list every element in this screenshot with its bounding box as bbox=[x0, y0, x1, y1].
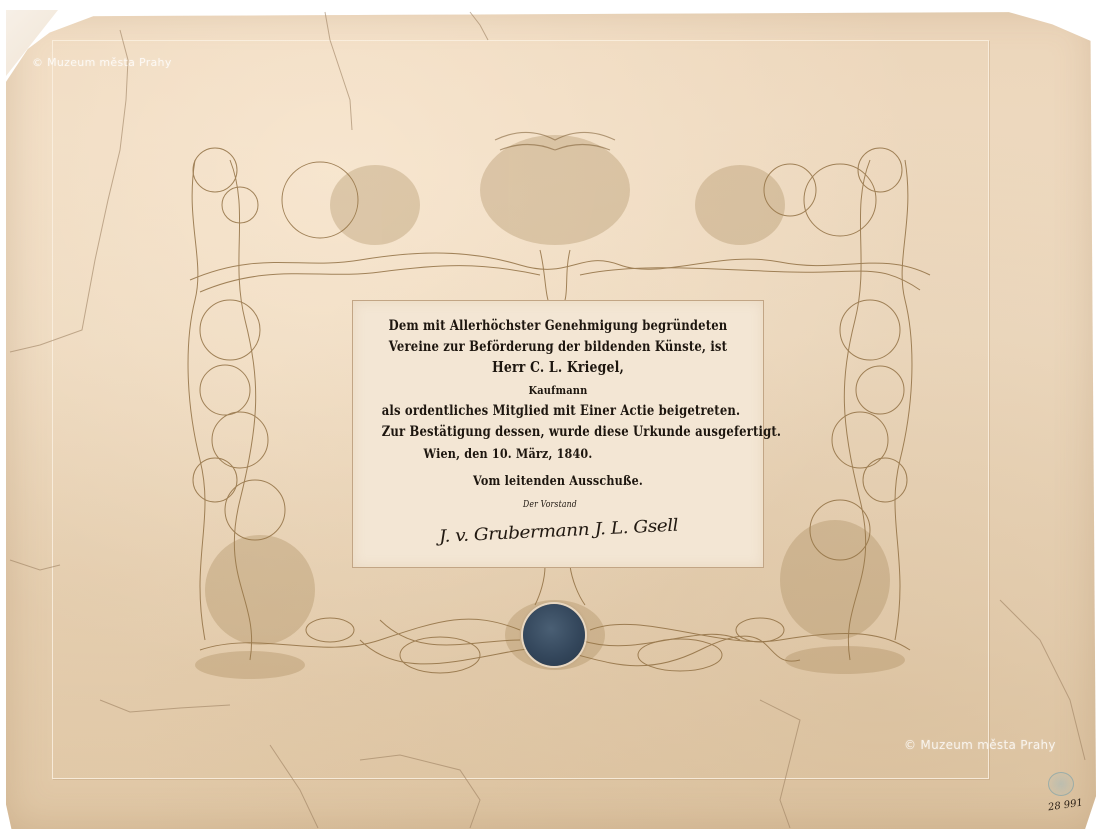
member-occupation: Kaufmann bbox=[382, 383, 735, 397]
member-name: Herr C. L. Kriegel, bbox=[382, 359, 735, 376]
issuing-committee: Vom leitenden Ausschuße. bbox=[382, 474, 735, 489]
signatory-title: Der Vorstand bbox=[374, 500, 727, 510]
watermark-top: © Muzeum města Prahy bbox=[32, 56, 172, 69]
certificate-line-1: Dem mit Allerhöchster Genehmigung begrün… bbox=[382, 318, 735, 334]
certificate-text-panel: Dem mit Allerhöchster Genehmigung begrün… bbox=[352, 300, 764, 568]
place-and-date: Wien, den 10. März, 1840. bbox=[332, 447, 685, 462]
certificate-line-5: als ordentliches Mitglied mit Einer Acti… bbox=[382, 403, 735, 419]
museum-stamp-icon bbox=[1048, 772, 1074, 796]
certificate-line-2: Vereine zur Beförderung der bildenden Kü… bbox=[382, 339, 735, 355]
handwritten-signatures: J. v. Grubermann J. L. Gsell bbox=[438, 516, 678, 547]
certificate-line-6: Zur Bestätigung dessen, wurde diese Urku… bbox=[382, 424, 735, 440]
watermark-bottom: © Muzeum města Prahy bbox=[904, 738, 1056, 752]
wax-seal bbox=[523, 604, 585, 666]
